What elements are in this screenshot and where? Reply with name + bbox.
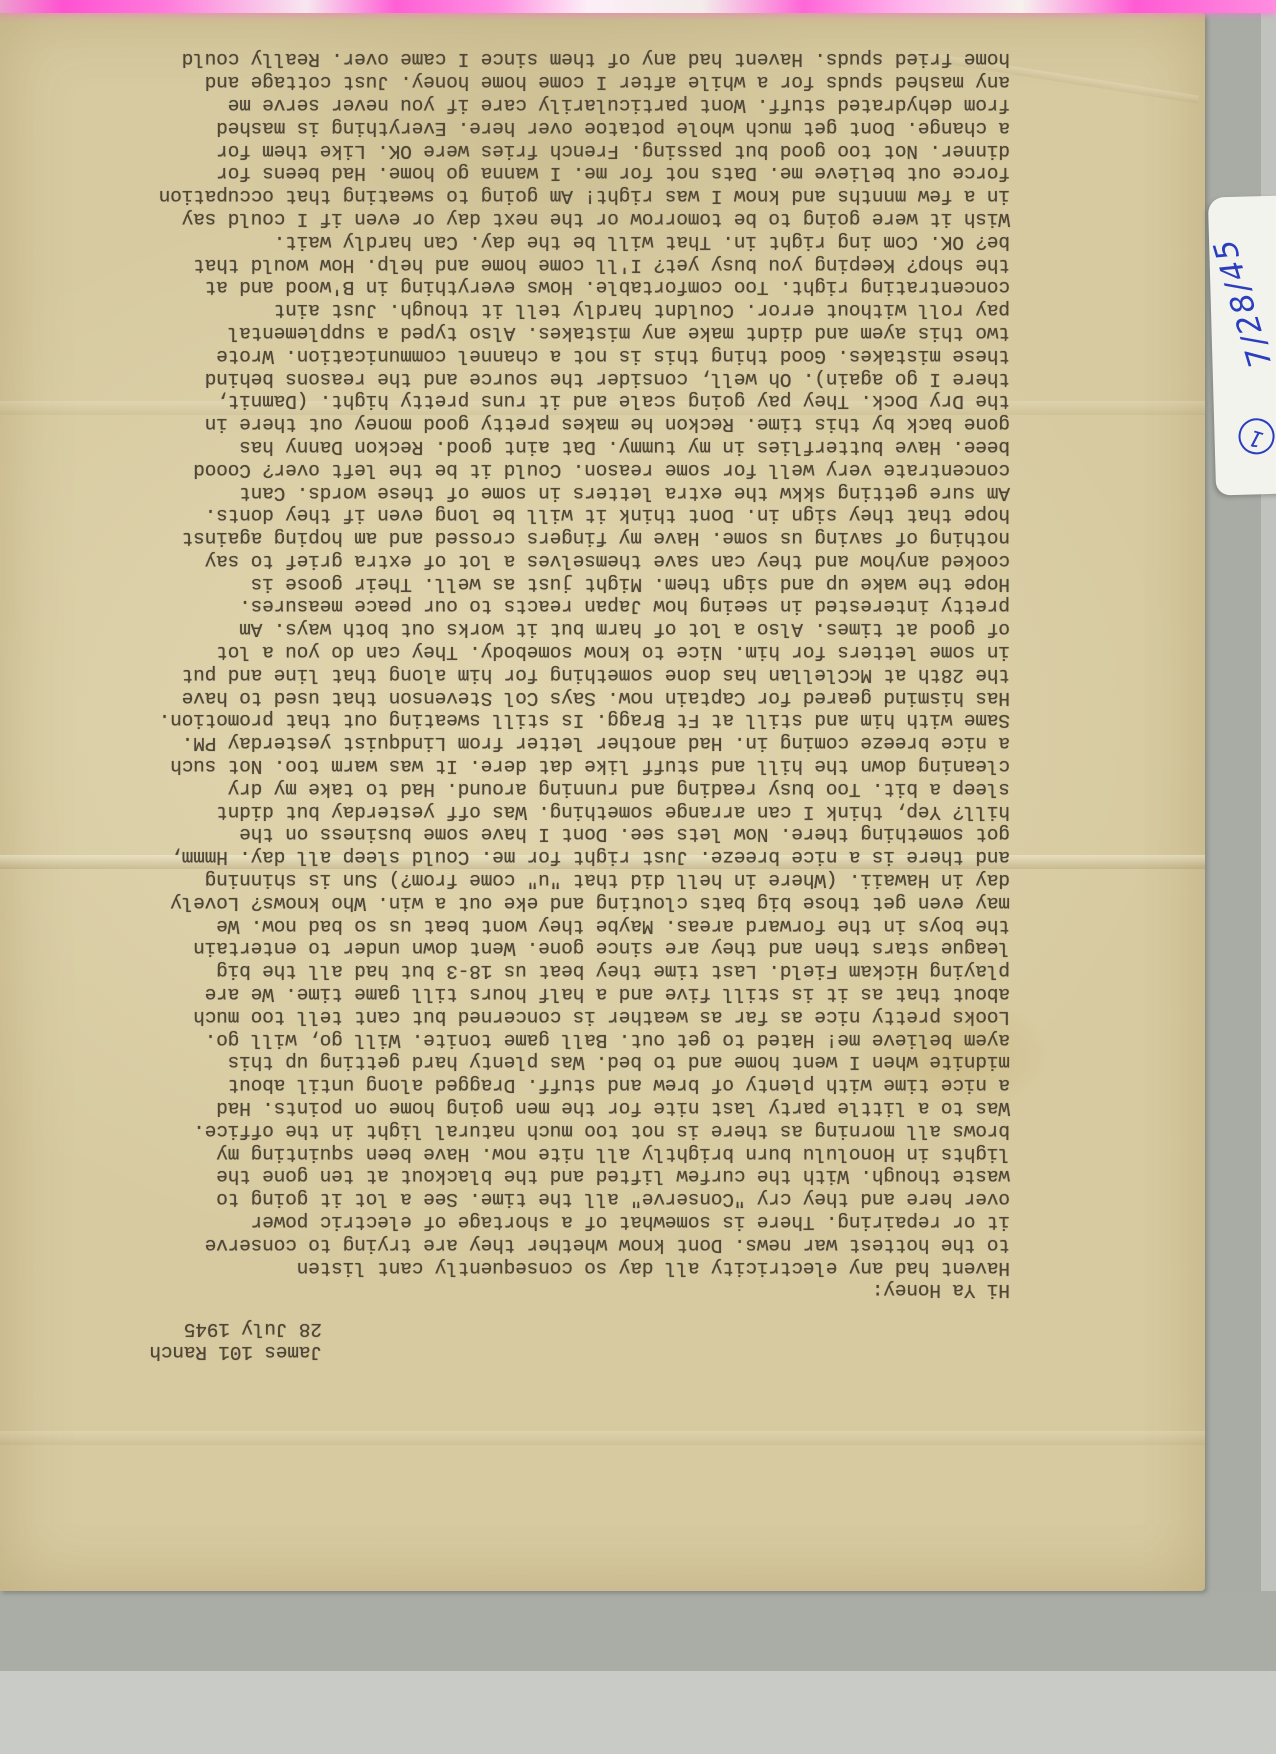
letter-line: Am sure getting skkw the extra letters i…: [66, 481, 1010, 504]
letter-line: of good at times. Also a lot of harm but…: [66, 618, 1010, 641]
letter-line: Hope the wake up and sign them. Might ju…: [66, 572, 1010, 595]
letter-line: cooked anyhow and they can save themselv…: [66, 549, 1010, 572]
letter-line: Wish it were going to be tomorrow or the…: [66, 207, 1010, 230]
letter-line: and there is a nice breeze. Just right f…: [66, 845, 1010, 868]
letter-line: the Dry Dock. They pay going scale and i…: [66, 390, 1010, 413]
letterhead-line: 28 July 1945: [66, 1317, 322, 1340]
letter-line: pay roll without error. Couldnt hardly t…: [66, 298, 1010, 321]
scanner-bed-bottom: [0, 1591, 1276, 1671]
letter-line: brows all morning as there is not too mu…: [66, 1119, 1010, 1142]
letter-line: Was to a little party last nite for the …: [66, 1096, 1010, 1119]
letter-line: ayem believe me! Hated to get out. Ball …: [66, 1028, 1010, 1051]
letter-line: to the hottest war news. Dont know wheth…: [66, 1233, 1010, 1256]
letter-line: Has hismind geared for Captain now. Says…: [66, 686, 1010, 709]
letter-line: may even get those big bats clouting and…: [66, 891, 1010, 914]
letter-body: Havent had any electricity all day so co…: [66, 48, 1010, 1279]
letter-line: in some letters for him. Nice to know so…: [66, 640, 1010, 663]
letter-line: sleep a bit. Too busy reading and runnin…: [66, 777, 1010, 800]
letter-line: got something there. Now lets see. Dont …: [66, 823, 1010, 846]
letter-line: Havent had any electricity all day so co…: [66, 1256, 1010, 1279]
letter-line: a nice breeze coming in. Had another let…: [66, 731, 1010, 754]
letter-line: league stars then and they are since gon…: [66, 937, 1010, 960]
salutation: Hi Ya Honey:: [66, 1279, 1010, 1302]
letter-line: a change. Dont get much whole potatoe ov…: [66, 116, 1010, 139]
letter-line: concentrate very well for some reason. C…: [66, 458, 1010, 481]
scanner-lid-band: [0, 1671, 1276, 1754]
letter-text-upside-down: James 101 Ranch28 July 1945 Hi Ya Honey:…: [66, 51, 1010, 1363]
letter-line: gone back by this time. Reckon he makes …: [66, 412, 1010, 435]
letter-line: two this ayem and didnt make any mistake…: [66, 321, 1010, 344]
letter-line: playing Hickam Field. Last time they bea…: [66, 959, 1010, 982]
letter-line: cleaning down the hill and stuff like da…: [66, 754, 1010, 777]
letter-line: Same with him and still at Ft Bragg. Is …: [66, 709, 1010, 732]
letter-line: the boys in the forward areas. Maybe the…: [66, 914, 1010, 937]
letterhead-line: James 101 Ranch: [66, 1340, 322, 1363]
letter-line: day in Hawaii. (Where in hell did that "…: [66, 868, 1010, 891]
letter-line: Looks pretty nice as far as weather is c…: [66, 1005, 1010, 1028]
letter-line: beee. Have butterflies in my tummy. Dat …: [66, 435, 1010, 458]
letter-line: be? OK. Com ing right in. That will be t…: [66, 230, 1010, 253]
letter-line: in a few mnnths and know I was right! Am…: [66, 184, 1010, 207]
scanned-letter-page: { "scan": { "annotation_slip": { "handwr…: [0, 0, 1276, 1754]
letter-line: any mashed spuds for a while after I com…: [66, 70, 1010, 93]
letter-paper: James 101 Ranch28 July 1945 Hi Ya Honey:…: [0, 13, 1205, 1591]
letter-line: over here and they cry "Conserve" all th…: [66, 1187, 1010, 1210]
letter-line: concentrating right. Too comfortable. Ho…: [66, 276, 1010, 299]
letter-line: nothing of saving us some. Have my finge…: [66, 526, 1010, 549]
letter-line: lights in Honolulu burn brightly all nit…: [66, 1142, 1010, 1165]
letter-line: hope that they sign in. Dont think it wi…: [66, 504, 1010, 527]
letter-line: these mistakes. Good thing this is not a…: [66, 344, 1010, 367]
letter-line: pretty interested in seeing how Japan re…: [66, 595, 1010, 618]
archivist-note-slip: 7/28/45 1: [1208, 195, 1276, 496]
letter-line: there I go again). Oh well, consider the…: [66, 367, 1010, 390]
letter-line: home fried spuds. Havent had any of them…: [66, 48, 1010, 71]
letter-line: from dehydrated stuff. Wont particularil…: [66, 93, 1010, 116]
handwritten-date: 7/28/45: [1206, 230, 1276, 374]
circled-page-number: 1: [1234, 414, 1276, 459]
letter-line: about that as it is still five and a hal…: [66, 982, 1010, 1005]
letter-line: force out believe me. Dats not for me. I…: [66, 162, 1010, 185]
fold-crease-lower: [0, 1431, 1205, 1445]
letter-line: the 28th at McClellan has done something…: [66, 663, 1010, 686]
scan-edge-artifact: [0, 0, 1276, 13]
letter-line: the shop? Keeping you busy yet? I'll com…: [66, 253, 1010, 276]
letter-line: a nice time with plenty of brew and stuf…: [66, 1073, 1010, 1096]
letter-line: waste though. With the curfew lifted and…: [66, 1165, 1010, 1188]
letterhead: James 101 Ranch28 July 1945: [66, 1317, 1010, 1363]
letter-line: midnite when I went home and to bed. Was…: [66, 1051, 1010, 1074]
letter-line: hill? Yep, think I can arrange something…: [66, 800, 1010, 823]
letter-line: it or repairing. There is somewhat of a …: [66, 1210, 1010, 1233]
letter-line: dinner. Not too good but passing. French…: [66, 139, 1010, 162]
